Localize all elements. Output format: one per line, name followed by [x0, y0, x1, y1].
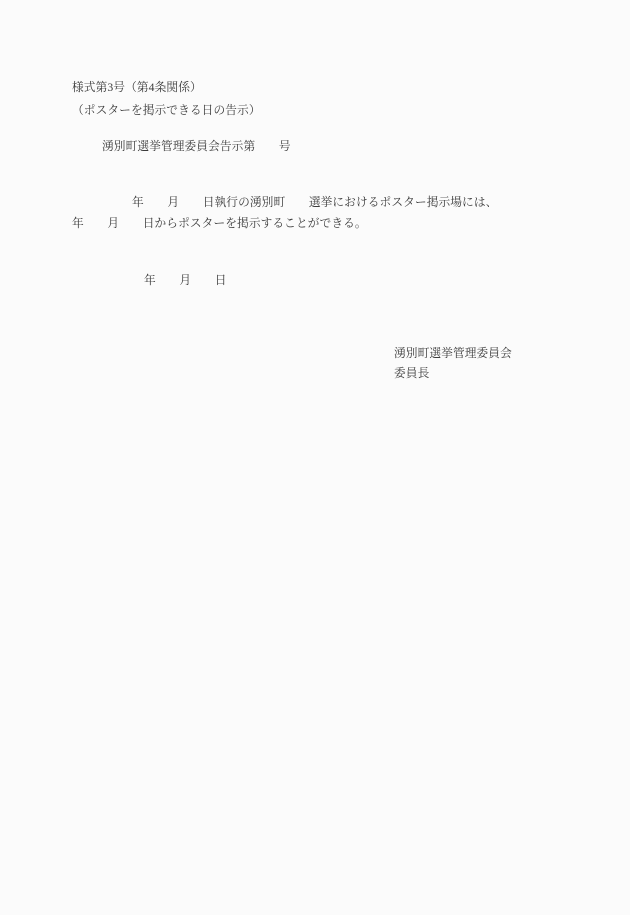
notice-number-line: 湧別町選挙管理委員会告示第 号 — [102, 140, 291, 153]
form-number: 様式第3号（第4条関係） — [72, 81, 202, 94]
body-text-line-2: 年 月 日からポスターを掲示することができる。 — [72, 217, 367, 230]
issue-date-line: 年 月 日 — [144, 274, 227, 287]
signature-organization: 湧別町選挙管理委員会 — [394, 347, 512, 360]
body-text-line-1: 年 月 日執行の湧別町 選挙におけるポスター掲示場には、 — [132, 196, 497, 209]
form-title: （ポスターを掲示できる日の告示） — [72, 104, 261, 117]
signature-title: 委員長 — [394, 367, 429, 380]
document-page: 様式第3号（第4条関係） （ポスターを掲示できる日の告示） 湧別町選挙管理委員会… — [0, 0, 630, 915]
